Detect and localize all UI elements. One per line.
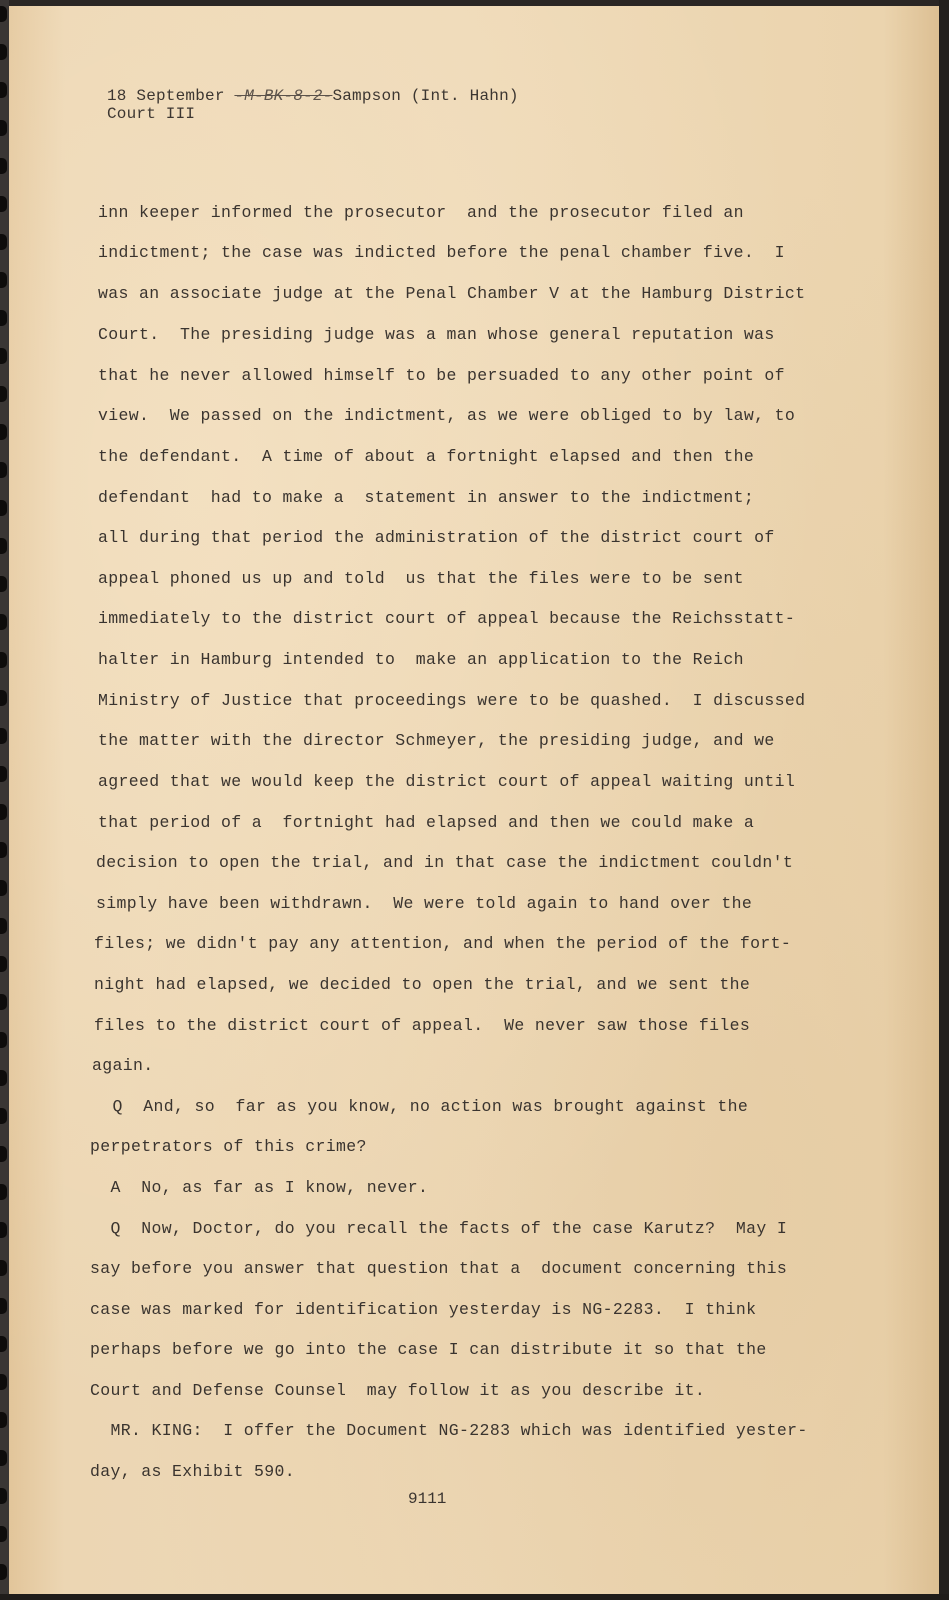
transcript-line: all during that period the administratio… — [98, 528, 775, 547]
film-hole-icon — [0, 1032, 7, 1048]
transcript-line: Ministry of Justice that proceedings wer… — [98, 691, 805, 710]
film-strip-edge — [0, 0, 9, 1600]
transcript-line: perhaps before we go into the case I can… — [90, 1340, 767, 1359]
film-hole-icon — [0, 1336, 7, 1352]
film-hole-icon — [0, 386, 7, 402]
film-hole-icon — [0, 994, 7, 1010]
page-header: 18 September -M-BK-8-2-Sampson (Int. Hah… — [107, 87, 519, 123]
header-court: Court III — [107, 105, 519, 123]
transcript-line: appeal phoned us up and told us that the… — [98, 569, 744, 588]
transcript-line: halter in Hamburg intended to make an ap… — [98, 650, 744, 669]
film-hole-icon — [0, 462, 7, 478]
film-hole-icon — [0, 690, 7, 706]
transcript-line: view. We passed on the indictment, as we… — [98, 406, 795, 425]
film-hole-icon — [0, 652, 7, 668]
film-hole-icon — [0, 1450, 7, 1466]
film-hole-icon — [0, 728, 7, 744]
transcript-line: inn keeper informed the prosecutor and t… — [98, 203, 744, 222]
transcript-line: Q And, so far as you know, no action was… — [92, 1097, 748, 1116]
transcript-line: defendant had to make a statement in ans… — [98, 488, 754, 507]
film-hole-icon — [0, 82, 7, 98]
header-line-1: 18 September -M-BK-8-2-Sampson (Int. Hah… — [107, 87, 519, 105]
film-hole-icon — [0, 500, 7, 516]
film-hole-icon — [0, 1564, 7, 1580]
film-hole-icon — [0, 1374, 7, 1390]
film-hole-icon — [0, 576, 7, 592]
film-hole-icon — [0, 766, 7, 782]
film-hole-icon — [0, 6, 7, 22]
scan-bottom-edge — [0, 1594, 949, 1600]
transcript-line: Court and Defense Counsel may follow it … — [90, 1381, 705, 1400]
film-hole-icon — [0, 1260, 7, 1276]
transcript-line: simply have been withdrawn. We were told… — [96, 894, 752, 913]
film-hole-icon — [0, 196, 7, 212]
film-hole-icon — [0, 44, 7, 60]
transcript-line: agreed that we would keep the district c… — [98, 772, 795, 791]
film-hole-icon — [0, 1488, 7, 1504]
transcript-line: MR. KING: I offer the Document NG-2283 w… — [90, 1421, 808, 1440]
transcript-line: again. — [92, 1056, 154, 1075]
film-hole-icon — [0, 614, 7, 630]
film-hole-icon — [0, 1298, 7, 1314]
film-hole-icon — [0, 1184, 7, 1200]
header-date: 18 September — [107, 87, 234, 105]
film-hole-icon — [0, 918, 7, 934]
film-hole-icon — [0, 538, 7, 554]
transcript-line: decision to open the trial, and in that … — [96, 853, 793, 872]
transcript-line: say before you answer that question that… — [90, 1259, 787, 1278]
film-hole-icon — [0, 424, 7, 440]
film-hole-icon — [0, 158, 7, 174]
film-hole-icon — [0, 1108, 7, 1124]
transcript-line: A No, as far as I know, never. — [90, 1178, 428, 1197]
transcript-line: night had elapsed, we decided to open th… — [94, 975, 750, 994]
transcript-line: day, as Exhibit 590. — [90, 1462, 295, 1481]
transcript-line: files; we didn't pay any attention, and … — [94, 934, 791, 953]
film-hole-icon — [0, 842, 7, 858]
film-hole-icon — [0, 956, 7, 972]
transcript-line: Q Now, Doctor, do you recall the facts o… — [90, 1219, 787, 1238]
page-number: 9111 — [408, 1490, 446, 1508]
transcript-line: perpetrators of this crime? — [90, 1137, 367, 1156]
film-hole-icon — [0, 1412, 7, 1428]
typewritten-page: 18 September -M-BK-8-2-Sampson (Int. Hah… — [9, 6, 939, 1594]
film-hole-icon — [0, 1070, 7, 1086]
transcript-line: the matter with the director Schmeyer, t… — [98, 731, 775, 750]
transcript-line: that period of a fortnight had elapsed a… — [98, 813, 754, 832]
film-hole-icon — [0, 234, 7, 250]
film-hole-icon — [0, 120, 7, 136]
transcript-line: files to the district court of appeal. W… — [94, 1016, 750, 1035]
film-hole-icon — [0, 1222, 7, 1238]
transcript-line: Court. The presiding judge was a man who… — [98, 325, 775, 344]
film-hole-icon — [0, 310, 7, 326]
film-hole-icon — [0, 804, 7, 820]
film-hole-icon — [0, 1526, 7, 1542]
transcript-line: that he never allowed himself to be pers… — [98, 366, 785, 385]
header-case-name: Sampson (Int. Hahn) — [332, 87, 518, 105]
transcript-line: indictment; the case was indicted before… — [98, 243, 785, 262]
transcript-line: case was marked for identification yeste… — [90, 1300, 756, 1319]
transcript-line: immediately to the district court of app… — [98, 609, 795, 628]
film-hole-icon — [0, 348, 7, 364]
header-struck-case-code: -M-BK-8-2- — [234, 87, 332, 105]
transcript-line: the defendant. A time of about a fortnig… — [98, 447, 754, 466]
transcript-line: was an associate judge at the Penal Cham… — [98, 284, 805, 303]
film-hole-icon — [0, 880, 7, 896]
scan-right-edge — [939, 0, 949, 1600]
film-hole-icon — [0, 1146, 7, 1162]
film-hole-icon — [0, 272, 7, 288]
